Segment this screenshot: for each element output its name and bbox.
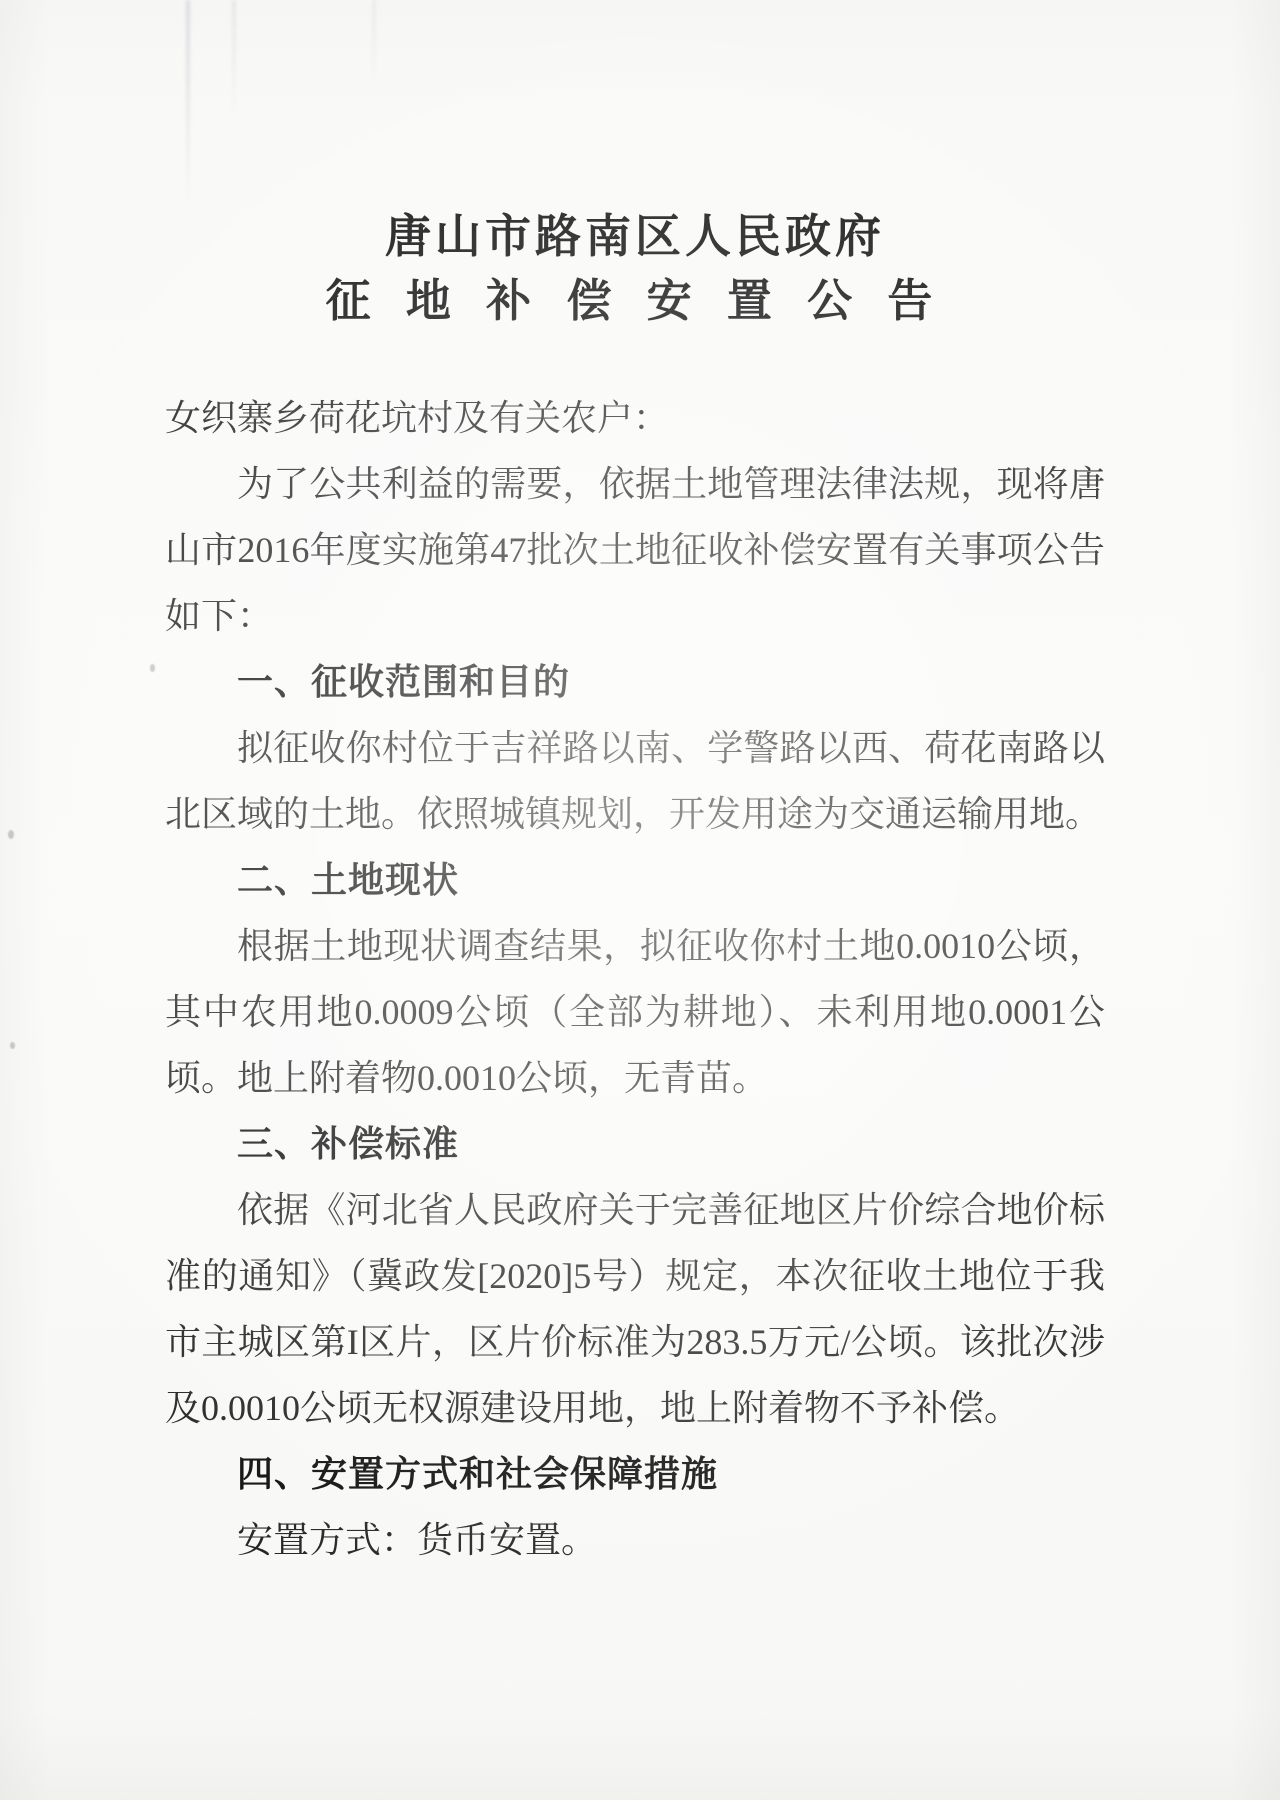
intro-paragraph: 为了公共利益的需要，依据土地管理法律法规，现将唐山市2016年度实施第47批次土… [165, 451, 1105, 649]
scan-streak-artifact [186, 0, 190, 210]
title-line-announcement: 征 地 补 偿 安 置 公 告 [165, 272, 1105, 330]
scan-streak-artifact [232, 0, 236, 120]
section-3-heading: 三、补偿标准 [165, 1111, 1105, 1177]
scan-streak-artifact [372, 0, 376, 90]
section-2-paragraph: 根据土地现状调查结果，拟征收你村土地0.0010公顷，其中农用地0.0009公顷… [165, 913, 1105, 1111]
scan-speck-artifact [10, 1042, 15, 1049]
section-4-paragraph: 安置方式：货币安置。 [165, 1507, 1105, 1573]
document-title: 唐山市路南区人民政府 征 地 补 偿 安 置 公 告 [165, 208, 1105, 330]
section-2-heading: 二、土地现状 [165, 847, 1105, 913]
section-4-heading: 四、安置方式和社会保障措施 [165, 1441, 1105, 1507]
section-3-paragraph: 依据《河北省人民政府关于完善征地区片价综合地价标准的通知》（冀政发[2020]5… [165, 1177, 1105, 1441]
section-1-paragraph: 拟征收你村位于吉祥路以南、学警路以西、荷花南路以北区域的土地。依照城镇规划，开发… [165, 715, 1105, 847]
scanned-document-page: 唐山市路南区人民政府 征 地 补 偿 安 置 公 告 女织寨乡荷花坑村及有关农户… [0, 0, 1280, 1800]
section-1-heading: 一、征收范围和目的 [165, 649, 1105, 715]
scan-speck-artifact [8, 830, 14, 839]
scan-speck-artifact [150, 664, 155, 672]
document-body: 女织寨乡荷花坑村及有关农户： 为了公共利益的需要，依据土地管理法律法规，现将唐山… [165, 385, 1105, 1573]
title-line-government: 唐山市路南区人民政府 [165, 208, 1105, 266]
salutation: 女织寨乡荷花坑村及有关农户： [165, 385, 1105, 451]
